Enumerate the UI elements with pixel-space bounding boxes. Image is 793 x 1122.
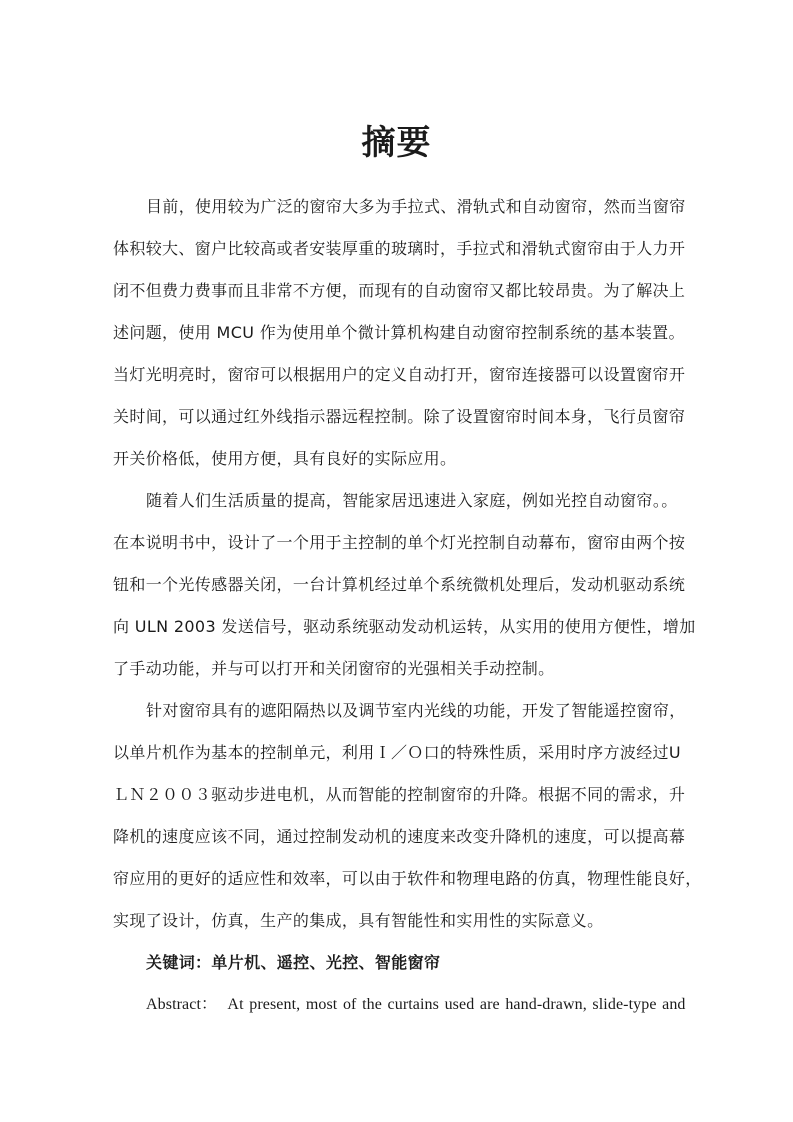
text-line: 针对窗帘具有的遮阳隔热以及调节室内光线的功能，开发了智能遥控窗帘，: [113, 690, 683, 732]
keywords-line: 关键词：单片机、遥控、光控、智能窗帘: [113, 942, 683, 984]
text-line: ＬＮ２００３驱动步进电机，从而智能的控制窗帘的升降。根据不同的需求，升: [113, 774, 683, 816]
english-abstract-line: Abstract： At present, most of the curtai…: [113, 984, 683, 1026]
paragraph: 目前，使用较为广泛的窗帘大多为手拉式、滑轨式和自动窗帘，然而当窗帘体积较大、窗户…: [113, 186, 683, 480]
text-line: 降机的速度应该不同，通过控制发动机的速度来改变升降机的速度，可以提高幕: [113, 816, 683, 858]
text-line: 帘应用的更好的适应性和效率，可以由于软件和物理电路的仿真，物理性能良好，: [113, 858, 683, 900]
paragraph: 针对窗帘具有的遮阳隔热以及调节室内光线的功能，开发了智能遥控窗帘，以单片机作为基…: [113, 690, 683, 942]
text-line: 闭不但费力费事而且非常不方便，而现有的自动窗帘又都比较昂贵。为了解决上: [113, 270, 683, 312]
text-line: 以单片机作为基本的控制单元，利用Ｉ／Ｏ口的特殊性质，采用时序方波经过U: [113, 732, 683, 774]
text-line: 开关价格低，使用方便，具有良好的实际应用。: [113, 438, 683, 480]
text-line: 述问题，使用 MCU 作为使用单个微计算机构建自动窗帘控制系统的基本装置。: [113, 312, 683, 354]
text-line: 当灯光明亮时，窗帘可以根据用户的定义自动打开，窗帘连接器可以设置窗帘开: [113, 354, 683, 396]
document-body: 目前，使用较为广泛的窗帘大多为手拉式、滑轨式和自动窗帘，然而当窗帘体积较大、窗户…: [113, 186, 683, 1026]
text-line: 向 ULN 2003 发送信号，驱动系统驱动发动机运转，从实用的使用方便性，增加: [113, 606, 683, 648]
text-line: 实现了设计，仿真，生产的集成，具有智能性和实用性的实际意义。: [113, 900, 683, 942]
text-line: 随着人们生活质量的提高，智能家居迅速进入家庭，例如光控自动窗帘。。: [113, 480, 683, 522]
text-line: 关时间，可以通过红外线指示器远程控制。除了设置窗帘时间本身，飞行员窗帘: [113, 396, 683, 438]
text-line: 了手动功能，并与可以打开和关闭窗帘的光强相关手动控制。: [113, 648, 683, 690]
text-line: 钮和一个光传感器关闭，一台计算机经过单个系统微机处理后，发动机驱动系统: [113, 564, 683, 606]
paragraphs-container: 目前，使用较为广泛的窗帘大多为手拉式、滑轨式和自动窗帘，然而当窗帘体积较大、窗户…: [113, 186, 683, 942]
text-line: 体积较大、窗户比较高或者安装厚重的玻璃时，手拉式和滑轨式窗帘由于人力开: [113, 228, 683, 270]
text-line: 目前，使用较为广泛的窗帘大多为手拉式、滑轨式和自动窗帘，然而当窗帘: [113, 186, 683, 228]
paragraph: 随着人们生活质量的提高，智能家居迅速进入家庭，例如光控自动窗帘。。在本说明书中，…: [113, 480, 683, 690]
page-title: 摘要: [0, 119, 793, 167]
document-page: 摘要 目前，使用较为广泛的窗帘大多为手拉式、滑轨式和自动窗帘，然而当窗帘体积较大…: [0, 0, 793, 1122]
text-line: 在本说明书中，设计了一个用于主控制的单个灯光控制自动幕布，窗帘由两个按: [113, 522, 683, 564]
